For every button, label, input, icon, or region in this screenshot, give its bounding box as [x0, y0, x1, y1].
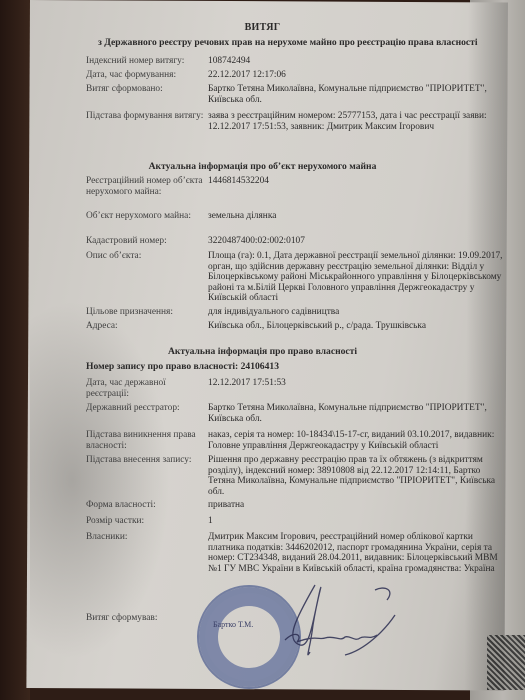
qr-code-icon — [487, 635, 525, 690]
field-label: Витяг сформовано: — [86, 84, 206, 95]
field-label: Індексний номер витягу: — [86, 56, 206, 67]
document-content: ВИТЯГ з Державного реєстру речових прав … — [0, 0, 525, 700]
handwritten-signature-icon — [225, 580, 425, 670]
field-label: Цільове призначення: — [86, 307, 206, 318]
field-label: Державний реєстратор: — [86, 403, 206, 414]
field-label: Реєстраційний номер об’єкта нерухомого м… — [86, 176, 206, 197]
field-value: для індивідуального садівництва — [208, 307, 503, 318]
field-value: Київська обл., Білоцерківський р., с/рад… — [208, 321, 503, 332]
section-heading-object: Актуальна інформація про об’єкт нерухомо… — [0, 162, 525, 173]
field-value: заява з реєстраційним номером: 25777153,… — [208, 111, 503, 132]
field-value: Бартко Тетяна Миколаївна, Комунальне під… — [208, 84, 503, 105]
field-label: Форма власності: — [86, 500, 206, 511]
field-value: наказ, серія та номер: 10-18434\15-17-сг… — [208, 430, 503, 451]
field-label: Дата, час державної реєстрації: — [86, 378, 206, 399]
field-value: Бартко Тетяна Миколаївна, Комунальне під… — [208, 403, 503, 424]
field-value: 12.12.2017 17:51:53 — [208, 378, 503, 389]
field-value: 22.12.2017 12:17:06 — [208, 70, 503, 81]
field-label: Підстава виникнення права власності: — [86, 430, 206, 451]
field-value: Дмитрик Максим Ігорович, реєстраційний н… — [208, 532, 503, 574]
field-value: 1 — [208, 516, 503, 527]
signature-label: Витяг сформував: — [86, 613, 206, 624]
field-label: Дата, час формування: — [86, 70, 206, 81]
field-label: Власники: — [86, 532, 206, 543]
document-title: ВИТЯГ — [0, 23, 525, 34]
document-subtitle: з Державного реєстру речових прав на нер… — [98, 38, 518, 49]
field-label: Розмір частки: — [86, 516, 206, 527]
field-value: 1446814532204 — [208, 176, 503, 187]
field-value: Рішення про державну реєстрацію прав та … — [208, 455, 503, 497]
field-label: Підстава формування витягу: — [86, 111, 206, 122]
field-value: 108742494 — [208, 56, 503, 67]
field-value: земельна ділянка — [208, 211, 503, 222]
field-label: Підстава внесення запису: — [86, 455, 206, 466]
section-heading-ownership: Актуальна інформація про право власності — [0, 347, 525, 358]
field-value: Площа (га): 0.1, Дата державної реєстрац… — [208, 251, 503, 304]
field-label: Кадастровий номер: — [86, 236, 206, 247]
field-label: Адреса: — [86, 321, 206, 332]
record-label: Номер запису про право власності: — [86, 361, 238, 372]
field-value: 3220487400:02:002:0107 — [208, 236, 503, 247]
field-value: приватна — [208, 500, 503, 511]
field-label: Об’єкт нерухомого майна: — [86, 211, 206, 222]
record-number: 24106413 — [241, 361, 279, 372]
field-label: Опис об’єкта: — [86, 251, 206, 262]
ownership-record-number: Номер запису про право власності: 241064… — [86, 362, 279, 373]
